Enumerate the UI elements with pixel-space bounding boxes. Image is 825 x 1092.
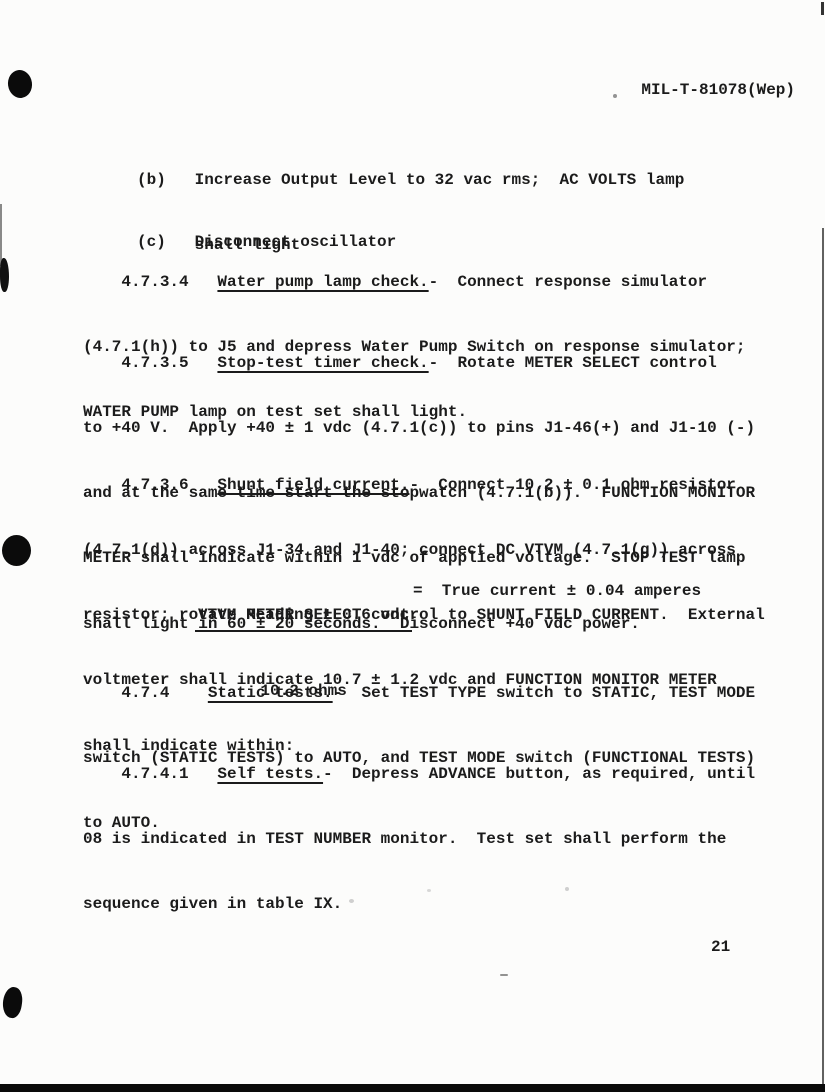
paragraph-heading-line: 4.7.3.6 Shunt field current.- Connect 10… bbox=[83, 475, 765, 497]
paragraph-number: 4.7.4.1 bbox=[83, 765, 217, 783]
text-line: 08 is indicated in TEST NUMBER monitor. … bbox=[83, 829, 755, 851]
scan-edge-tick-top-right bbox=[821, 2, 824, 15]
hole-punch-mark-middle bbox=[2, 535, 31, 566]
paragraph-heading-line: 4.7.4 Static tests.- Set TEST TYPE switc… bbox=[83, 683, 755, 705]
paragraph-number: 4.7.3.4 bbox=[83, 273, 217, 291]
scan-speckle bbox=[613, 94, 617, 98]
text-line: (4.7.1(d)) across J1-34 and J1-40; conne… bbox=[83, 540, 765, 562]
text-line: sequence given in table IX. bbox=[83, 894, 755, 916]
paragraph-4-7-4-1: 4.7.4.1 Self tests.- Depress ADVANCE but… bbox=[83, 720, 755, 959]
scan-ink-blob bbox=[0, 258, 9, 292]
paragraph-title: Self tests. bbox=[217, 765, 323, 783]
equation-result: = True current ± 0.04 amperes bbox=[413, 581, 701, 603]
paragraph-title: Shunt field current. bbox=[217, 476, 409, 494]
hole-punch-mark-bottom bbox=[1, 986, 24, 1019]
document-header-reference: MIL-T-81078(Wep) bbox=[641, 80, 795, 102]
scan-edge-bar-bottom bbox=[0, 1084, 825, 1092]
paragraph-lead-text: - Rotate METER SELECT control bbox=[429, 354, 717, 372]
paragraph-lead-text: - Set TEST TYPE switch to STATIC, TEST M… bbox=[333, 684, 755, 702]
paragraph-heading-line: 4.7.4.1 Self tests.- Depress ADVANCE but… bbox=[83, 764, 755, 786]
paragraph-title: Static tests. bbox=[208, 684, 333, 702]
scan-edge-line-right bbox=[822, 228, 824, 1084]
paragraph-heading-line: 4.7.3.4 Water pump lamp check.- Connect … bbox=[83, 272, 746, 294]
paragraph-number: 4.7.3.5 bbox=[83, 354, 217, 372]
paragraph-number: 4.7.3.6 bbox=[83, 476, 217, 494]
scan-scratch-mark bbox=[0, 204, 2, 266]
text-line: resistor; rotate METER SELECT control to… bbox=[83, 605, 765, 627]
paragraph-number: 4.7.4 bbox=[83, 684, 208, 702]
scanned-document-page: MIL-T-81078(Wep) (b) Increase Output Lev… bbox=[0, 0, 825, 1092]
hole-punch-mark-top bbox=[6, 68, 34, 99]
paragraph-heading-line: 4.7.3.5 Stop-test timer check.- Rotate M… bbox=[83, 353, 755, 375]
page-number: 21 bbox=[711, 937, 730, 959]
paragraph-lead-text: - Connect response simulator bbox=[429, 273, 707, 291]
equation-numerator: VTVM Reading ± 0.6 vdc bbox=[195, 605, 412, 633]
paragraph-title: Water pump lamp check. bbox=[217, 273, 428, 291]
paragraph-title: Stop-test timer check. bbox=[217, 354, 428, 372]
paragraph-lead-text: - Depress ADVANCE button, as required, u… bbox=[323, 765, 755, 783]
scan-speckle bbox=[500, 974, 508, 976]
paragraph-lead-text: - Connect 10.2 ± 0.1 ohm resistor bbox=[409, 476, 735, 494]
